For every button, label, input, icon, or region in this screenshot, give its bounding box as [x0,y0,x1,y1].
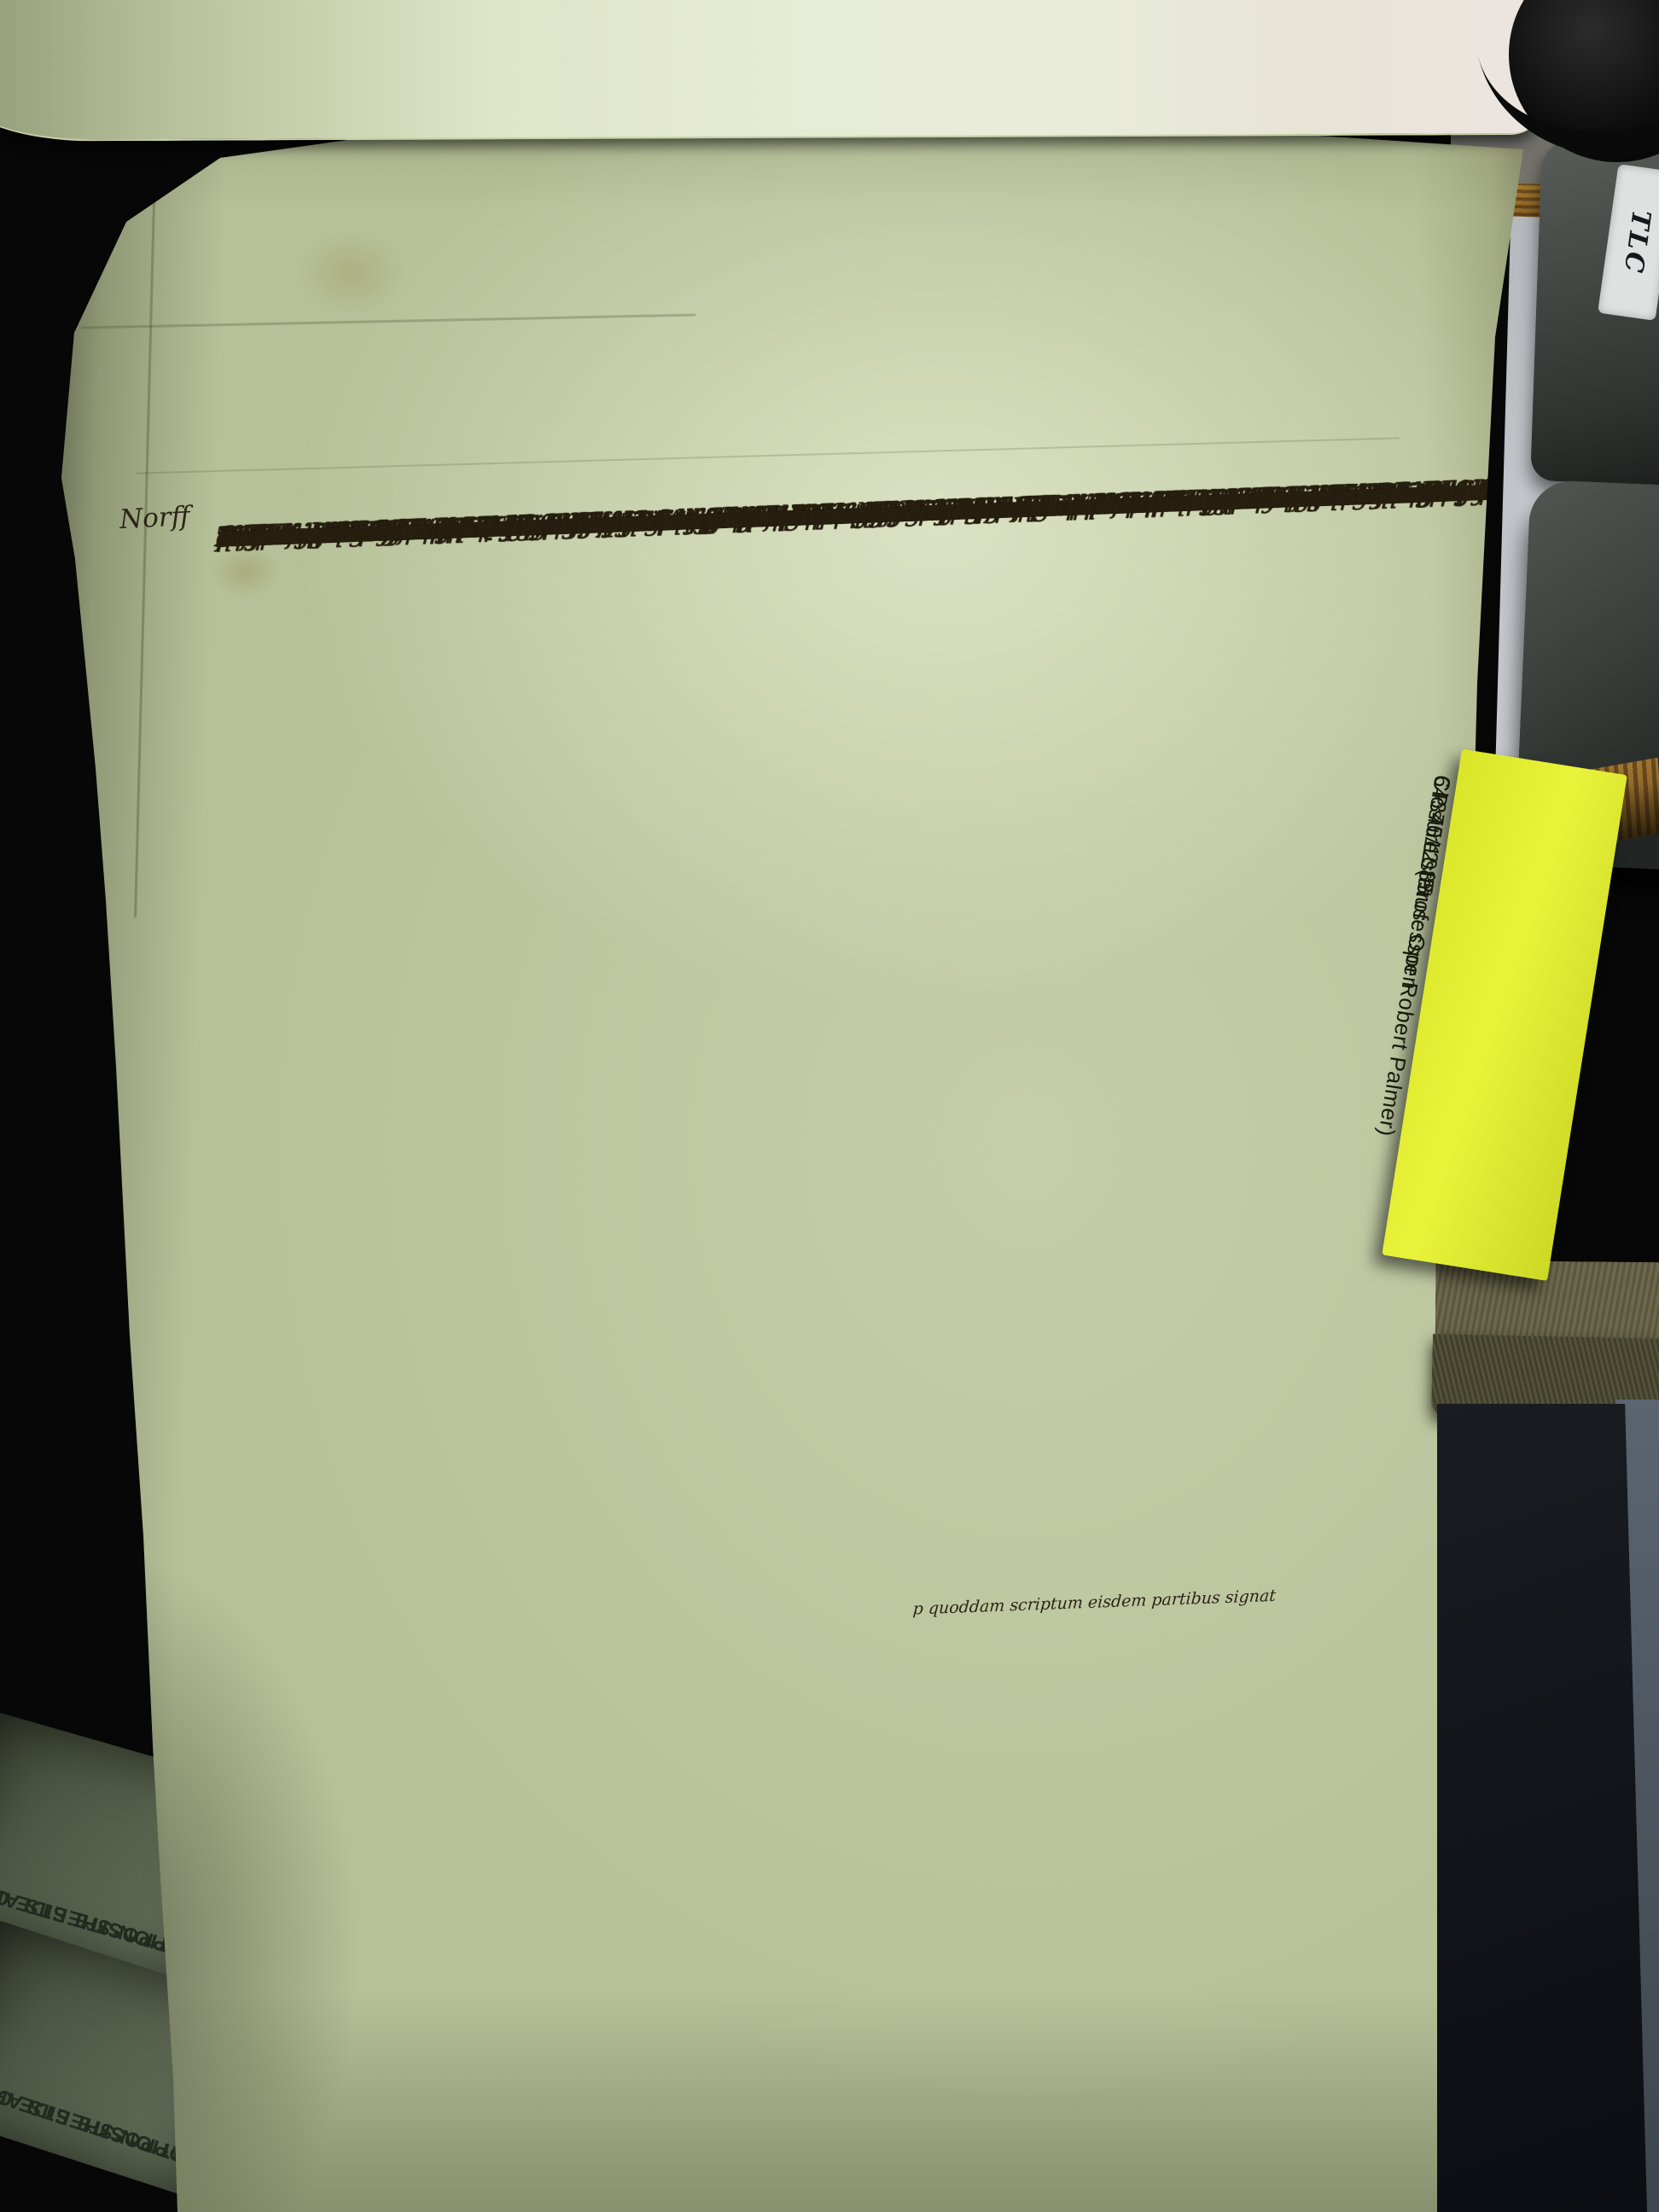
parchment-crease [134,201,155,917]
parchment-crease [81,313,696,329]
county-margin-note: Norff [119,501,190,535]
manuscript-text-block: Thomas Pony de Houghton iuxt Walsyngham … [215,475,1494,522]
photo-stage: TLC OPPOSITE SIDE OF TH ATION SHEETS ARE… [0,0,1659,2212]
interlined-note: p quoddam scriptum eisdem partibus signa… [912,1586,1277,1619]
curled-upper-sheet [0,0,1535,142]
equipment-logo-text: TLC [1617,208,1656,276]
manuscript-line: solidos Et sic ultimatim consequenter hu… [214,469,1659,569]
archive-reference-note: CP 40/1085 6437512 (Professor Robert Pal… [1382,749,1627,1281]
dark-mat [1437,1404,1647,2212]
parchment-crease [137,437,1399,474]
parchment-membrane: Norff Thomas Pony de Houghton iuxt Walsy… [34,81,1540,2212]
